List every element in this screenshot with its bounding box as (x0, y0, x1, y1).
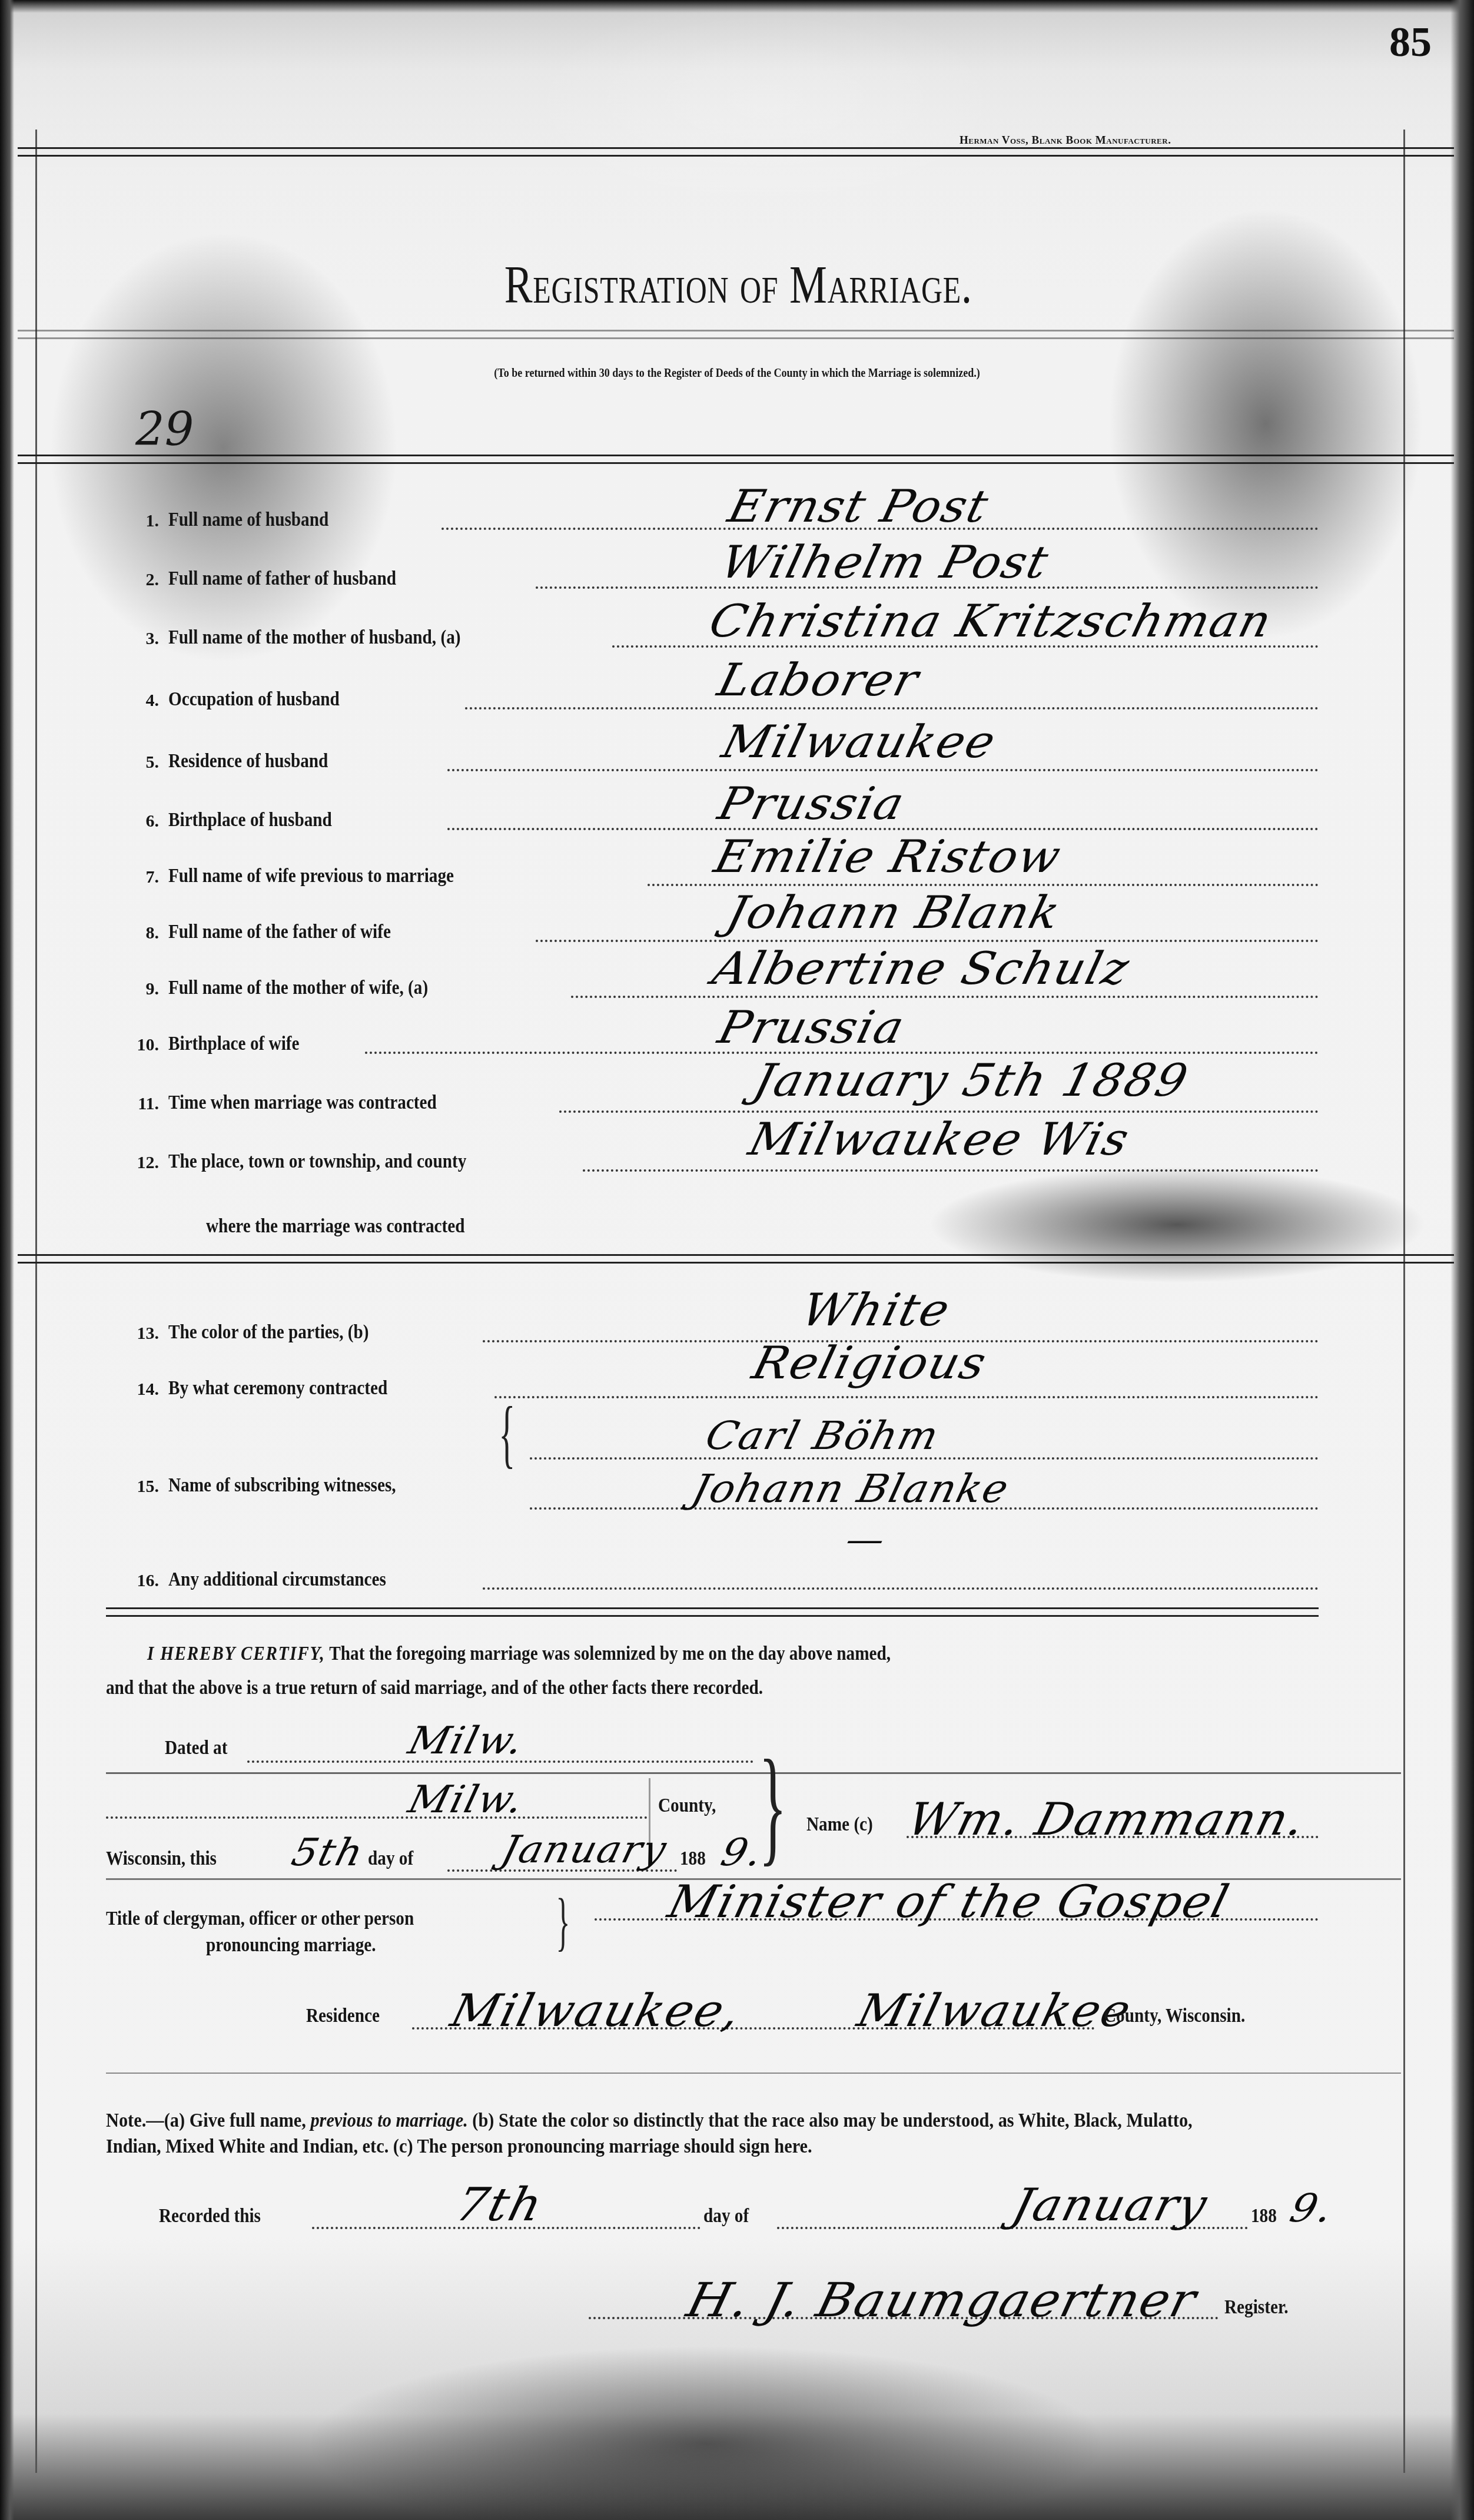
husband-name-value: Ernst Post (723, 480, 994, 532)
husband-father-value: Wilhelm Post (716, 536, 1055, 588)
registration-number: 29 (135, 403, 194, 456)
certification-line-1: I HEREBY CERTIFY, That the foregoing mar… (147, 1643, 891, 1665)
field-row-husband-father: 2. Full name of father of husband (118, 553, 1319, 595)
scan-edge-top (0, 0, 1474, 13)
wife-mother-value: Albertine Schulz (708, 942, 1136, 994)
wife-name-value: Emilie Ristow (709, 830, 1067, 883)
field-row-wife-father: 8. Full name of the father of wife (118, 907, 1319, 948)
husband-birthplace-value: Prussia (713, 777, 910, 830)
officiant-residence-city: Milwaukee, (446, 1984, 746, 2037)
husband-mother-value: Christina Kritzschman (704, 595, 1277, 647)
officiant-name-label: Name (c) (806, 1813, 873, 1836)
field-row-marriage-place: 12. The place, town or township, and cou… (118, 1136, 1319, 1178)
officiant-name-value: Wm. Dammann. (902, 1793, 1311, 1845)
recorded-day-value: 7th (450, 2179, 549, 2231)
certification-month-value: January (497, 1828, 672, 1872)
residence-suffix: County, Wisconsin. (1104, 2005, 1245, 2027)
wisconsin-this-label: Wisconsin, this (106, 1848, 217, 1870)
field-row-husband-name: 1. Full name of husband (118, 495, 1319, 536)
color-of-parties-value: White (796, 1284, 956, 1336)
marriage-place-value: Milwaukee Wis (744, 1113, 1136, 1165)
scan-edge-right (1450, 0, 1474, 2520)
certification-line-2: and that the above is a true return of s… (106, 1677, 763, 1699)
officiant-title-label-1: Title of clergyman, officer or other per… (106, 1908, 414, 1930)
witnesses-brace: { (499, 1390, 515, 1478)
dated-at-value: Milw. (404, 1719, 529, 1763)
witness-2-value: Johann Blanke (688, 1466, 1014, 1511)
page-number: 85 (1389, 18, 1432, 67)
witness-1-value: Carl Böhm (701, 1413, 944, 1458)
recorded-month-value: January (1007, 2179, 1213, 2231)
certification-top-rule (106, 1607, 1319, 1617)
title-brace: } (556, 1884, 570, 1959)
title-rule (18, 330, 1454, 339)
husband-residence-value: Milwaukee (717, 715, 1002, 768)
left-margin-rule (35, 130, 37, 2473)
field-row-husband-residence: 5. Residence of husband (118, 736, 1319, 777)
husband-occupation-value: Laborer (713, 654, 925, 706)
scan-edge-left (0, 0, 14, 2520)
wife-birthplace-value: Prussia (713, 1001, 910, 1053)
certification-day-value: 5th (287, 1831, 368, 1875)
field-row-marriage-place-cont: where the marriage was contracted (118, 1201, 1319, 1242)
recorded-year-prefix: 188 (1251, 2205, 1277, 2227)
marriage-date-value: January 5th 1889 (748, 1054, 1194, 1106)
right-margin-rule (1403, 130, 1405, 2473)
day-of-label: day of (368, 1848, 413, 1870)
field-row-ceremony: 14. By what ceremony contracted (118, 1363, 1319, 1404)
ceremony-value: Religious (748, 1337, 992, 1389)
recorded-this-label: Recorded this (159, 2205, 261, 2227)
mid-double-rule (18, 1254, 1454, 1264)
field-row-additional: 16. Any additional circumstances (118, 1554, 1319, 1596)
dated-at-label: Dated at (165, 1737, 227, 1759)
recorded-day-of-label: day of (703, 2205, 749, 2227)
certification-year-prefix: 188 (680, 1848, 706, 1870)
register-signature: H. J. Baumgaertner (682, 2273, 1203, 2327)
officiant-title-value: Minister of the Gospel (663, 1875, 1235, 1928)
publisher-imprint: Herman Voss, Blank Book Manufacturer. (960, 134, 1171, 147)
county-label: County, (658, 1795, 716, 1817)
footnote: Note.—(a) Give full name, previous to ma… (106, 2108, 1216, 2160)
register-label: Register. (1224, 2296, 1289, 2319)
document-title: Registration of Marriage. (164, 253, 1313, 316)
form-top-rule (18, 455, 1454, 464)
residence-label: Residence (306, 2005, 380, 2027)
wife-father-value: Johann Blank (721, 886, 1066, 939)
county-value: Milw. (404, 1778, 529, 1822)
field-row-color-of-parties: 13. The color of the parties, (b) (118, 1307, 1319, 1348)
certification-brace: } (759, 1731, 787, 1880)
officiant-residence-county: Milwaukee (852, 1984, 1137, 2037)
officiant-title-label-2: pronouncing marriage. (206, 1934, 376, 1957)
header-double-rule (18, 147, 1454, 157)
document-subtitle: (To be returned within 30 days to the Re… (132, 365, 1341, 380)
